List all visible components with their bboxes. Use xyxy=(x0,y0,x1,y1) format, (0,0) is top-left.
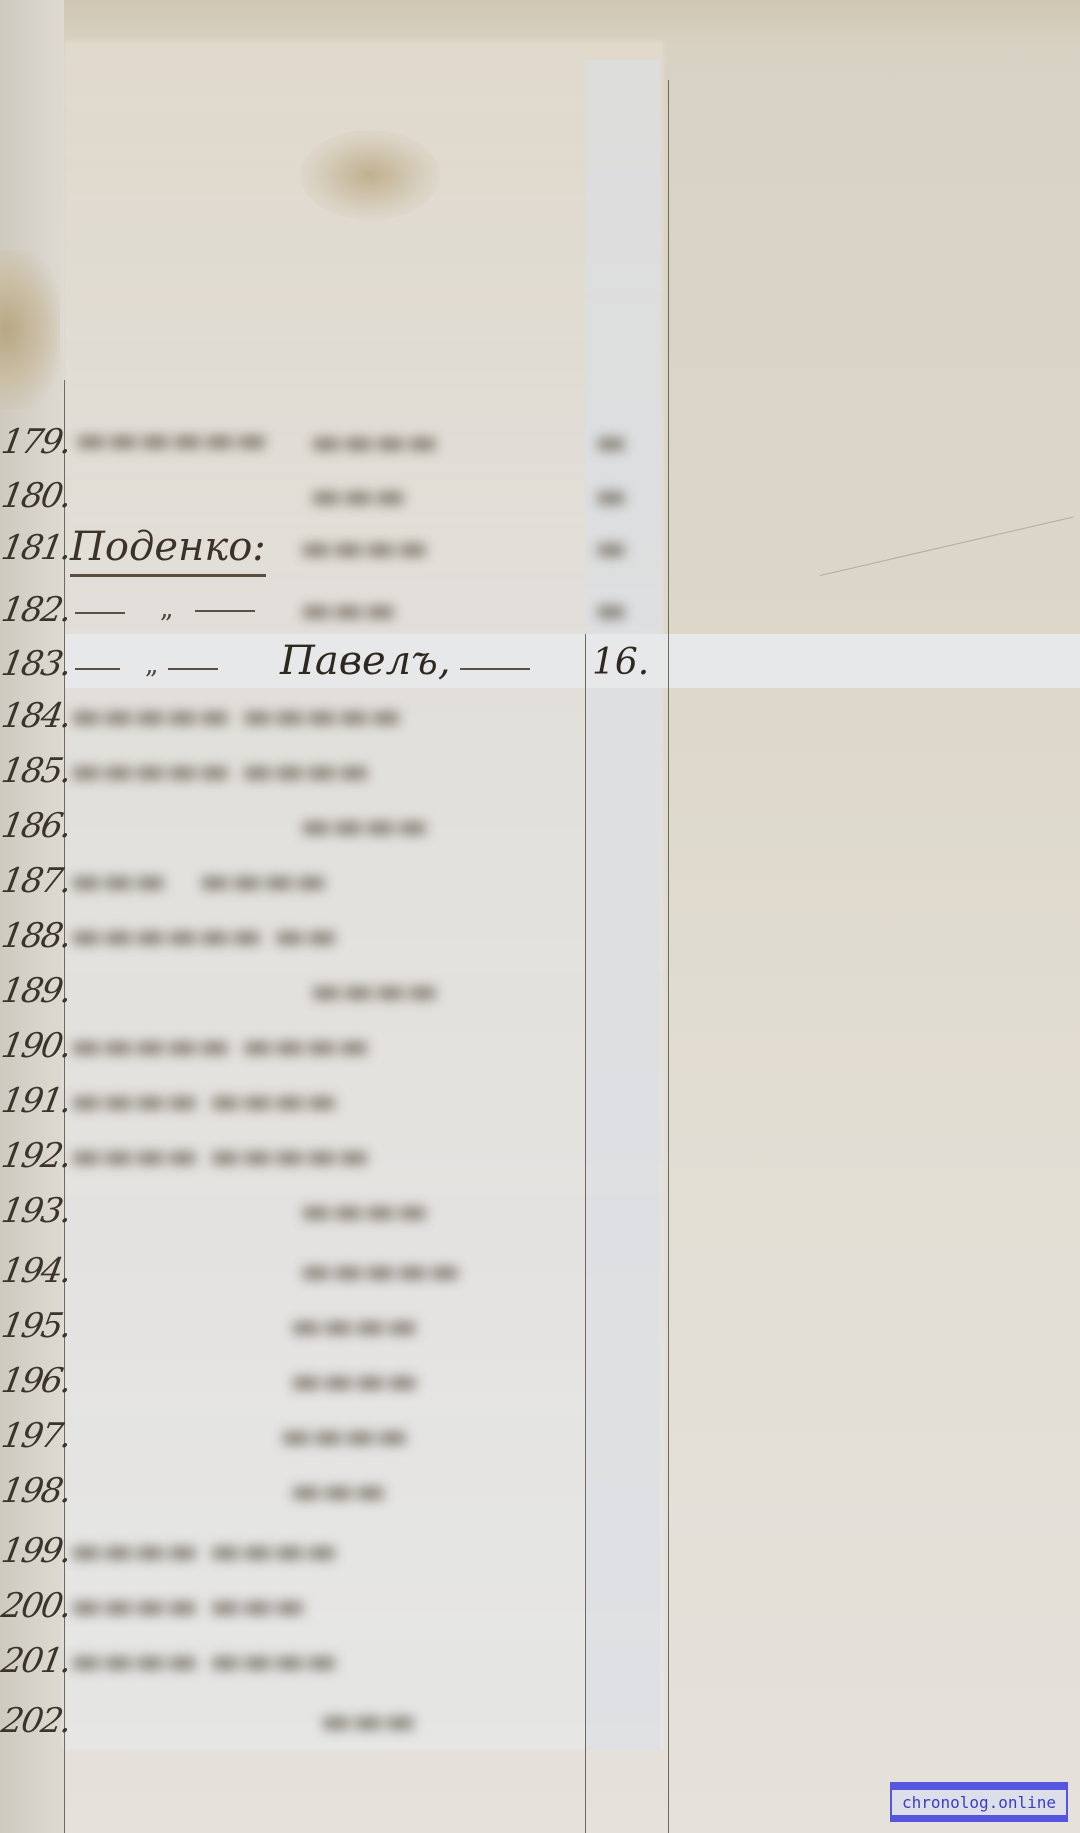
blurred-entry: ▬▬▬▬▬▬ ▬▬ xyxy=(70,916,338,956)
row-number: 187. xyxy=(0,861,73,901)
row-number: 198. xyxy=(0,1471,73,1511)
register-row: 188.▬▬▬▬▬▬ ▬▬ xyxy=(0,910,680,964)
register-row: 201.▬▬▬▬ ▬▬▬▬ xyxy=(0,1635,680,1689)
blurred-entry: ▬▬▬▬▬ ▬▬▬▬ xyxy=(70,751,370,791)
row-number: 189. xyxy=(0,971,73,1011)
ditto-dash xyxy=(460,668,530,670)
blurred-age: ▬ xyxy=(595,528,627,568)
age: 16. xyxy=(592,642,649,683)
register-row: 184.▬▬▬▬▬ ▬▬▬▬▬ xyxy=(0,690,680,744)
blurred-entry: ▬▬▬▬ xyxy=(280,1416,409,1456)
blurred-entry: ▬▬▬▬▬ ▬▬▬▬ xyxy=(70,1026,370,1066)
row-number: 188. xyxy=(0,916,73,956)
surname: Поденко: xyxy=(70,524,266,577)
register-row: 182. „ ▬▬▬ ▬ xyxy=(0,584,680,638)
blurred-surname: ▬▬▬▬▬▬ xyxy=(75,420,268,460)
row-number: 186. xyxy=(0,806,73,846)
row-number: 202. xyxy=(0,1701,73,1741)
blurred-entry: ▬▬▬▬ xyxy=(300,806,429,846)
blurred-age: ▬ xyxy=(595,476,627,516)
blurred-firstname: ▬▬▬▬ xyxy=(310,422,439,462)
blurred-entry: ▬▬▬▬ ▬▬▬▬ xyxy=(70,1641,338,1681)
row-number: 182. xyxy=(0,590,73,630)
ditto-mark: „ xyxy=(160,594,173,624)
row-number: 183. xyxy=(0,644,73,684)
blurred-firstname: ▬▬▬ xyxy=(300,590,396,630)
row-number: 184. xyxy=(0,696,73,736)
paper-crease xyxy=(820,517,1074,576)
blurred-entry: ▬▬▬▬ xyxy=(290,1361,419,1401)
row-number: 195. xyxy=(0,1306,73,1346)
row-number: 200. xyxy=(0,1586,73,1626)
blurred-age: ▬ xyxy=(595,422,627,462)
register-row: 186.▬▬▬▬ xyxy=(0,800,680,854)
register-row: 185.▬▬▬▬▬ ▬▬▬▬ xyxy=(0,745,680,799)
blurred-age: ▬ xyxy=(595,590,627,630)
row-number: 199. xyxy=(0,1531,73,1571)
blurred-entry: ▬▬▬▬ xyxy=(300,1191,429,1231)
register-row: 191.▬▬▬▬ ▬▬▬▬ xyxy=(0,1075,680,1129)
row-number: 181. xyxy=(0,528,73,568)
blurred-entry: ▬▬▬▬▬ xyxy=(300,1251,461,1291)
ditto-dash xyxy=(195,610,255,612)
row-number: 190. xyxy=(0,1026,73,1066)
ditto-dash xyxy=(75,668,120,670)
register-row: 195.▬▬▬▬ xyxy=(0,1300,680,1354)
left-stain xyxy=(0,250,60,410)
blurred-entry: ▬▬▬▬ ▬▬▬▬ xyxy=(70,1081,338,1121)
register-row: 199.▬▬▬▬ ▬▬▬▬ xyxy=(0,1525,680,1579)
register-row: 179. ▬▬▬▬▬▬ ▬▬▬▬ ▬ xyxy=(0,416,680,470)
row-number: 193. xyxy=(0,1191,73,1231)
blurred-entry: ▬▬▬▬ ▬▬▬▬ xyxy=(70,1531,338,1571)
row-number: 197. xyxy=(0,1416,73,1456)
register-row: 194.▬▬▬▬▬ xyxy=(0,1245,680,1299)
ink-stain xyxy=(300,130,440,220)
row-number: 201. xyxy=(0,1641,73,1681)
blurred-entry: ▬▬▬▬ xyxy=(290,1306,419,1346)
register-row: 200.▬▬▬▬ ▬▬▬ xyxy=(0,1580,680,1634)
document-page: 179. ▬▬▬▬▬▬ ▬▬▬▬ ▬ 180. ▬▬▬ ▬ 181. Поден… xyxy=(0,0,1080,1833)
blurred-entry: ▬▬▬ ▬▬▬▬ xyxy=(70,861,327,901)
register-row: 197.▬▬▬▬ xyxy=(0,1410,680,1464)
ditto-dash xyxy=(168,668,218,670)
blurred-firstname: ▬▬▬ xyxy=(310,476,406,516)
row-number: 196. xyxy=(0,1361,73,1401)
watermark-text: chronolog.online xyxy=(892,1790,1066,1815)
register-row: 180. ▬▬▬ ▬ xyxy=(0,470,680,524)
row-number: 180. xyxy=(0,476,73,516)
blurred-entry: ▬▬▬▬ ▬▬▬▬▬ xyxy=(70,1136,370,1176)
register-row: 196.▬▬▬▬ xyxy=(0,1355,680,1409)
register-row-visible: 183. „ Павелъ, 16. xyxy=(0,638,680,692)
row-number: 192. xyxy=(0,1136,73,1176)
first-name: Павелъ, xyxy=(280,638,451,684)
register-row: 181. Поденко: ▬▬▬▬ ▬ xyxy=(0,522,680,576)
ditto-dash xyxy=(75,612,125,614)
register-row: 190.▬▬▬▬▬ ▬▬▬▬ xyxy=(0,1020,680,1074)
blurred-entry: ▬▬▬ xyxy=(320,1701,416,1741)
register-row: 202.▬▬▬ xyxy=(0,1695,680,1749)
blurred-entry: ▬▬▬ xyxy=(290,1471,386,1511)
row-number: 191. xyxy=(0,1081,73,1121)
blurred-entry: ▬▬▬▬ ▬▬▬ xyxy=(70,1586,306,1626)
blurred-firstname: ▬▬▬▬ xyxy=(300,528,429,568)
register-row: 193.▬▬▬▬ xyxy=(0,1185,680,1239)
register-row: 192.▬▬▬▬ ▬▬▬▬▬ xyxy=(0,1130,680,1184)
register-row: 198.▬▬▬ xyxy=(0,1465,680,1519)
blurred-entry: ▬▬▬▬ xyxy=(310,971,439,1011)
blurred-entry: ▬▬▬▬▬ ▬▬▬▬▬ xyxy=(70,696,402,736)
row-number: 179. xyxy=(0,422,73,462)
register-row: 187.▬▬▬ ▬▬▬▬ xyxy=(0,855,680,909)
row-number: 194. xyxy=(0,1251,73,1291)
row-number: 185. xyxy=(0,751,73,791)
register-row: 189.▬▬▬▬ xyxy=(0,965,680,1019)
ditto-mark: „ xyxy=(145,650,158,680)
watermark-badge: chronolog.online xyxy=(890,1782,1068,1822)
